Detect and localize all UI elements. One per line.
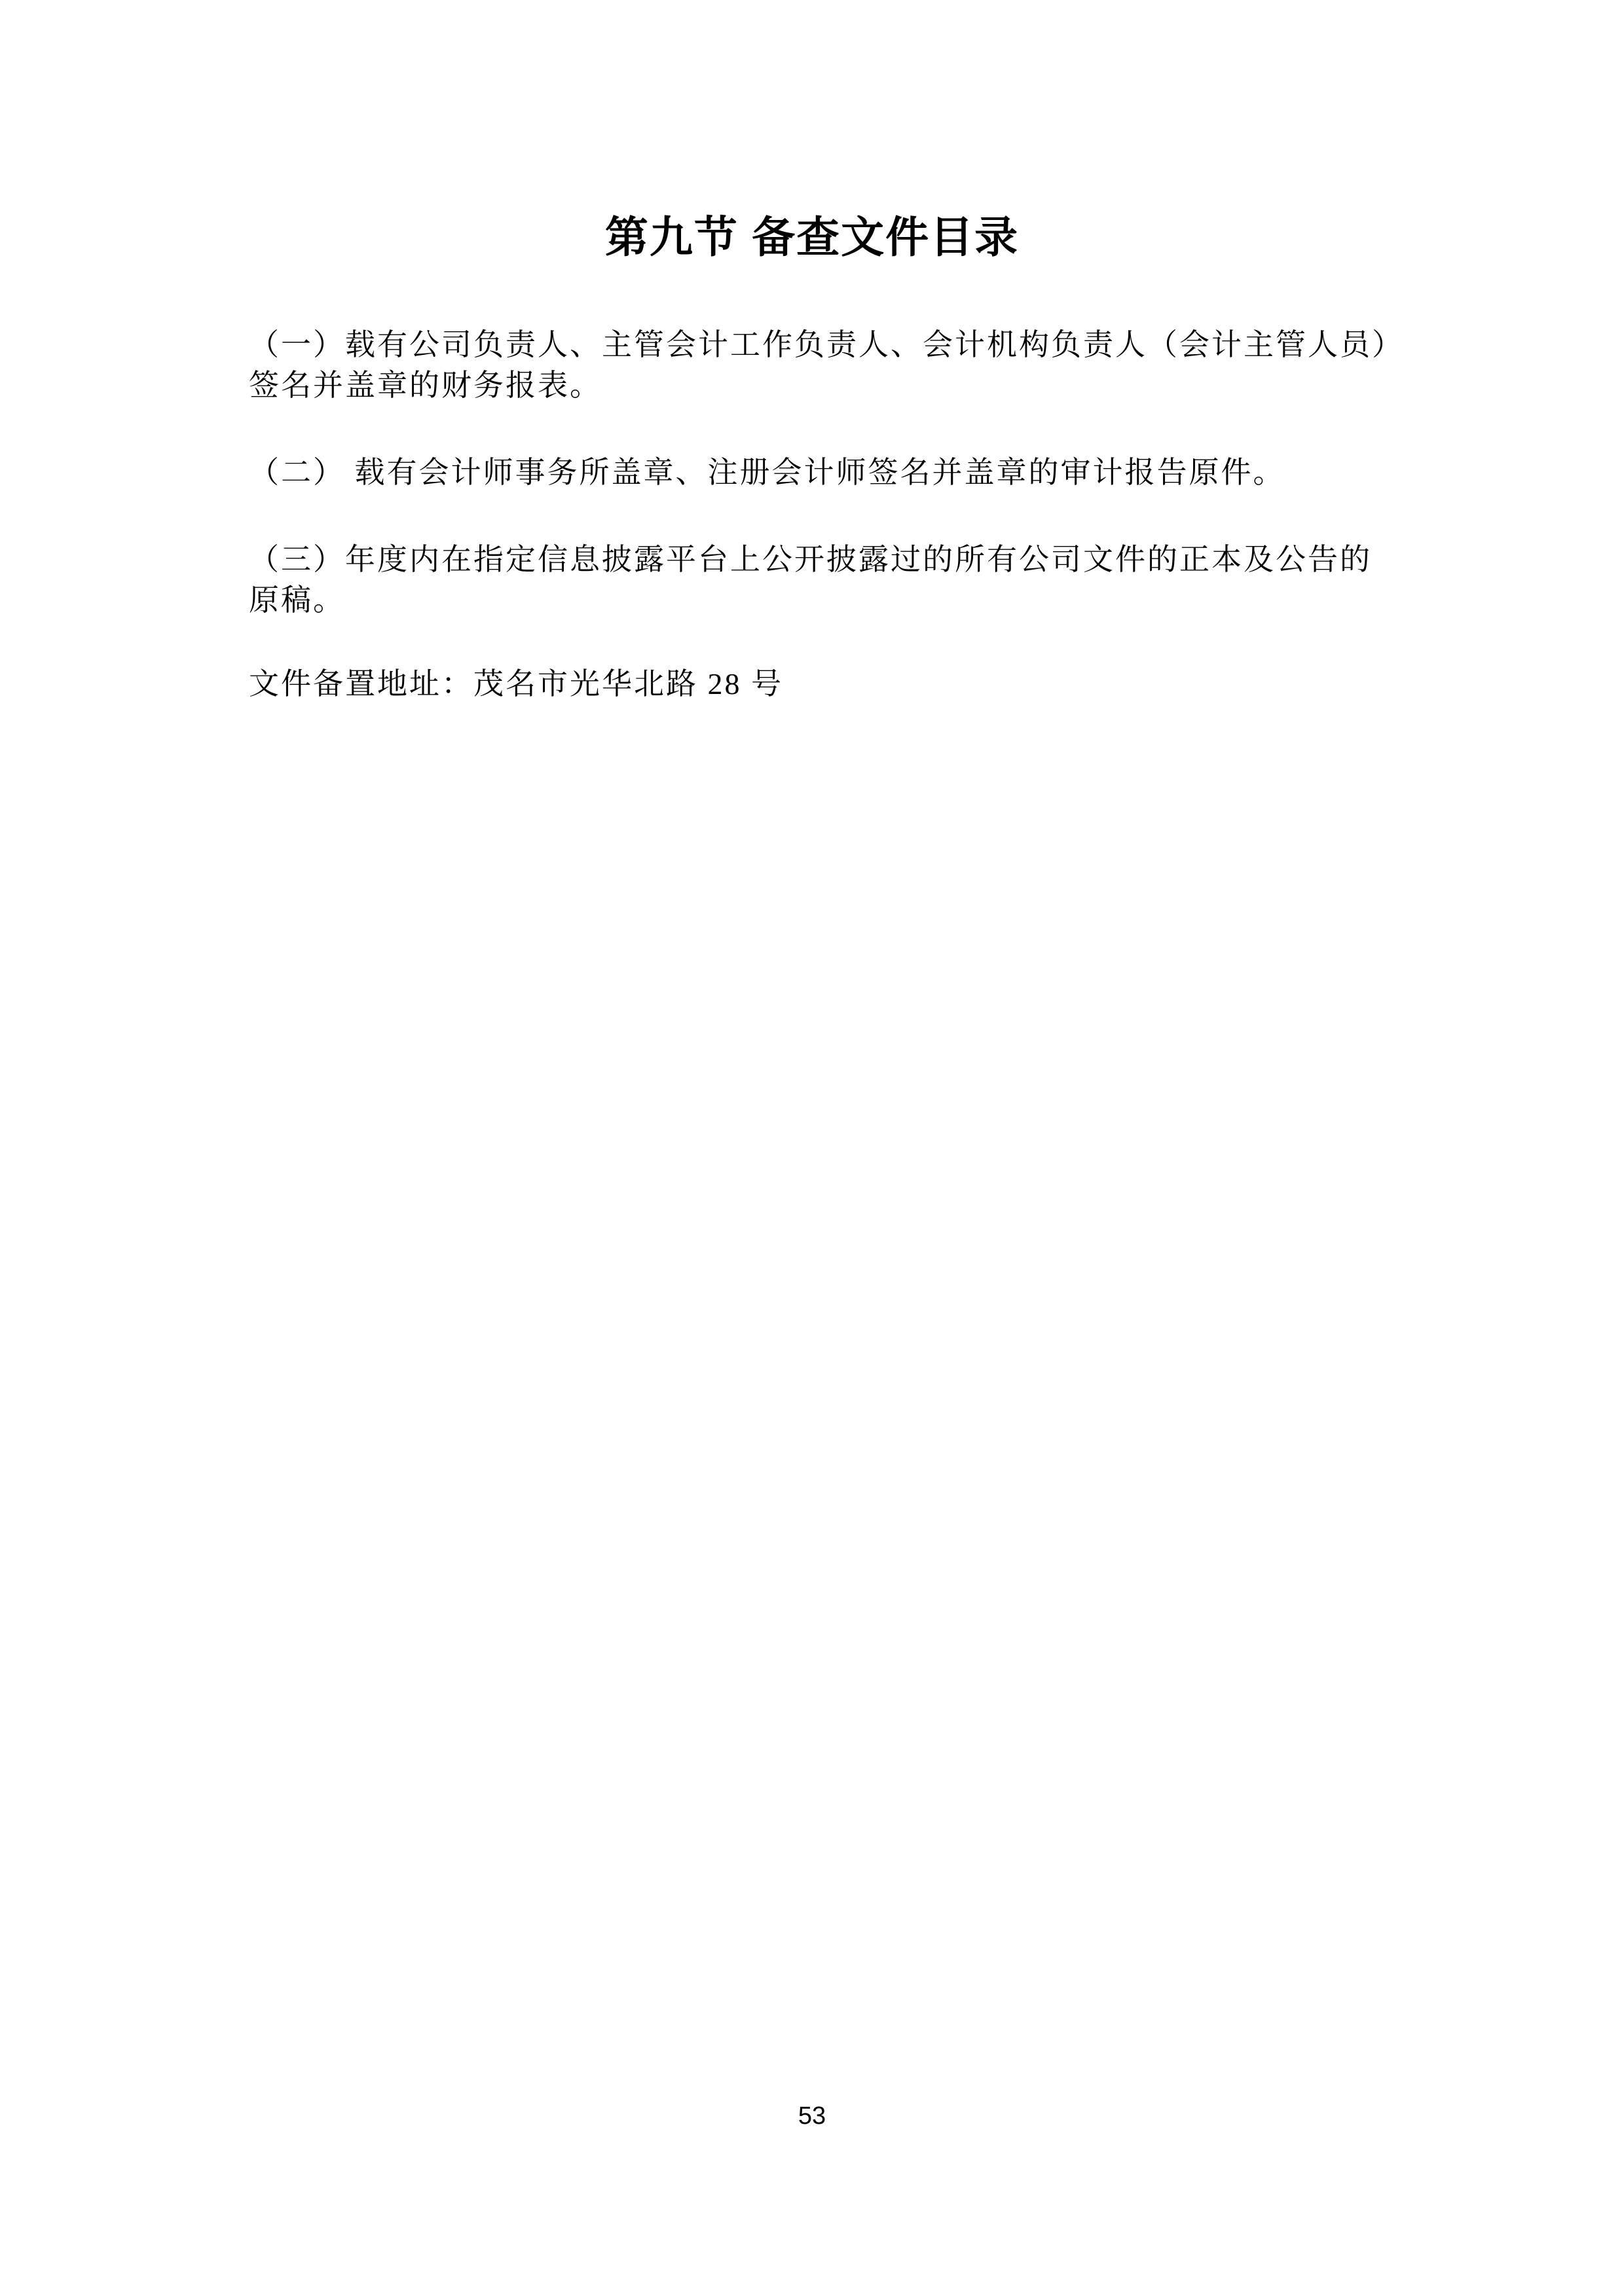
list-item-1-line-1: （一）载有公司负责人、主管会计工作负责人、会计机构负责人（会计主管人员）: [249, 325, 1404, 365]
document-page: 第九节 备查文件目录 （一）载有公司负责人、主管会计工作负责人、会计机构负责人（…: [0, 0, 1624, 2296]
list-item-1: （一）载有公司负责人、主管会计工作负责人、会计机构负责人（会计主管人员） 签名并…: [249, 325, 1404, 406]
filing-address-text: 文件备置地址：茂名市光华北路 28 号: [249, 664, 783, 704]
list-item-1-line-2: 签名并盖章的财务报表。: [249, 365, 1404, 406]
list-item-3-line-2: 原稿。: [249, 580, 1372, 621]
section-title: 第九节 备查文件目录: [0, 211, 1624, 263]
list-item-3: （三）年度内在指定信息披露平台上公开披露过的所有公司文件的正本及公告的 原稿。: [249, 539, 1372, 621]
page-number: 53: [0, 2102, 1624, 2130]
list-item-2-line-1: （二） 载有会计师事务所盖章、注册会计师签名并盖章的审计报告原件。: [249, 452, 1285, 493]
filing-address: 文件备置地址：茂名市光华北路 28 号: [249, 664, 783, 704]
list-item-3-line-1: （三）年度内在指定信息披露平台上公开披露过的所有公司文件的正本及公告的: [249, 539, 1372, 580]
list-item-2: （二） 载有会计师事务所盖章、注册会计师签名并盖章的审计报告原件。: [249, 452, 1285, 493]
